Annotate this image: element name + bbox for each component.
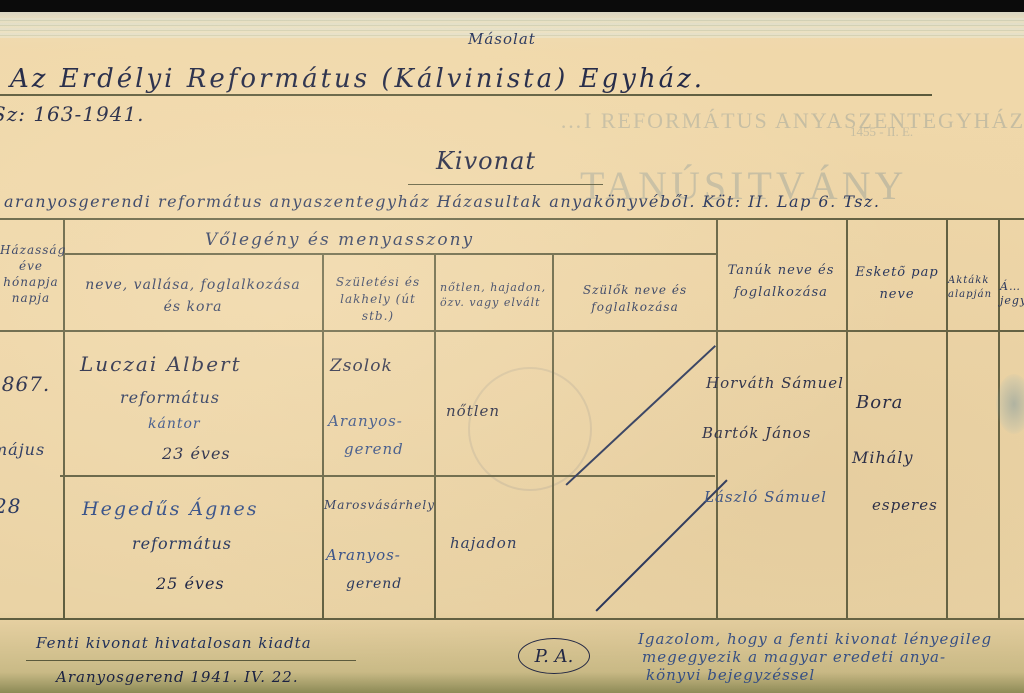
officiant-given-name: Mihály (852, 448, 914, 467)
header-bottom-border (0, 330, 1024, 332)
header-status: nőtlen, hajadon, özv. vagy elvált (440, 280, 548, 310)
col-divider-3 (434, 253, 436, 618)
certification-line-3: könyvi bejegyzéssel (646, 666, 815, 684)
row-divider (60, 475, 715, 477)
header-witnesses: Tanúk neve és foglalkozása (722, 260, 840, 304)
header-extra: Á… jegy… (1000, 280, 1024, 308)
groom-status: nőtlen (446, 402, 500, 420)
faint-seal-ghost (468, 367, 592, 491)
ink-blot (996, 374, 1024, 434)
place-date: Aranyosgerend 1941. IV. 22. (56, 668, 299, 686)
groom-occupation: kántor (148, 416, 201, 432)
groom-name: Luczai Albert (80, 352, 242, 376)
bride-birthplace: Marosvásárhely (324, 498, 435, 512)
groom-residence-2: gerend (344, 440, 404, 458)
header-marriage-date: Házasság éve hónapja napja (0, 242, 62, 306)
copy-mark: Másolat (468, 30, 536, 48)
title-underline (0, 94, 932, 96)
groom-religion: református (120, 388, 220, 407)
officiant-title: esperes (872, 496, 938, 514)
extract-title-underline (408, 184, 603, 185)
header-officiant: Esketõ pap neve (852, 262, 942, 306)
col-divider-4 (552, 253, 554, 618)
marriage-year: 1867. (0, 372, 50, 396)
church-title: Az Erdélyi Református (Kálvinista) Egyhá… (10, 64, 705, 94)
source-line: aranyosgerendi református anyaszentegyhá… (4, 192, 881, 211)
bride-age: 25 éves (156, 574, 225, 593)
table-bottom-border (0, 618, 1024, 620)
stamp-initials: P. A. (535, 646, 574, 667)
initials-stamp: P. A. (518, 638, 590, 674)
group-header-border (64, 253, 716, 255)
officiant-surname: Bora (856, 392, 903, 413)
certification-line-1: Igazolom, hogy a fenti kivonat lényegile… (638, 630, 992, 648)
reference-number: Sz: 163-1941. (0, 102, 145, 126)
groom-residence-1: Aranyos- (328, 412, 403, 430)
footer-note-underline (26, 660, 356, 661)
header-groom-bride: Vőlegény és menyasszony (205, 230, 474, 250)
witness-2: Bartók János (702, 424, 811, 442)
groom-birthplace: Zsolok (330, 356, 393, 376)
marriage-month: május (0, 440, 45, 459)
bride-residence-1: Aranyos- (326, 546, 401, 564)
official-note: Fenti kivonat hivatalosan kiadta (36, 634, 312, 652)
col-divider-5 (716, 218, 718, 618)
marriage-day: 28 (0, 494, 21, 518)
header-name-religion: neve, vallása, foglalkozása és kora (78, 274, 308, 318)
bride-residence-2: gerend (346, 576, 402, 592)
witness-1: Horváth Sámuel (706, 374, 844, 392)
header-birthplace: Születési és lakhely (út stb.) (326, 274, 430, 325)
col-divider-2 (322, 253, 324, 618)
witness-3: László Sámuel (704, 488, 827, 506)
col-divider-1 (63, 218, 65, 618)
col-divider-6 (846, 218, 848, 618)
faint-printed-header: …I REFORMÁTUS ANYASZENTEGYHÁZ (560, 108, 1024, 134)
certification-line-2: megegyezik a magyar eredeti anya- (642, 648, 946, 666)
groom-age: 23 éves (162, 444, 231, 463)
table-top-border (0, 218, 1024, 220)
bride-status: hajadon (450, 534, 518, 552)
header-parents: Szülők neve és foglalkozása (560, 282, 710, 316)
extract-title: Kivonat (436, 147, 536, 175)
bride-religion: református (132, 534, 232, 553)
faint-printed-number: 1455 - II. E. (850, 124, 913, 140)
bride-name: Hegedűs Ágnes (82, 498, 259, 520)
header-files: Aktákk alapján (948, 274, 998, 302)
scanned-document-page: …I REFORMÁTUS ANYASZENTEGYHÁZ 1455 - II.… (0, 12, 1024, 693)
